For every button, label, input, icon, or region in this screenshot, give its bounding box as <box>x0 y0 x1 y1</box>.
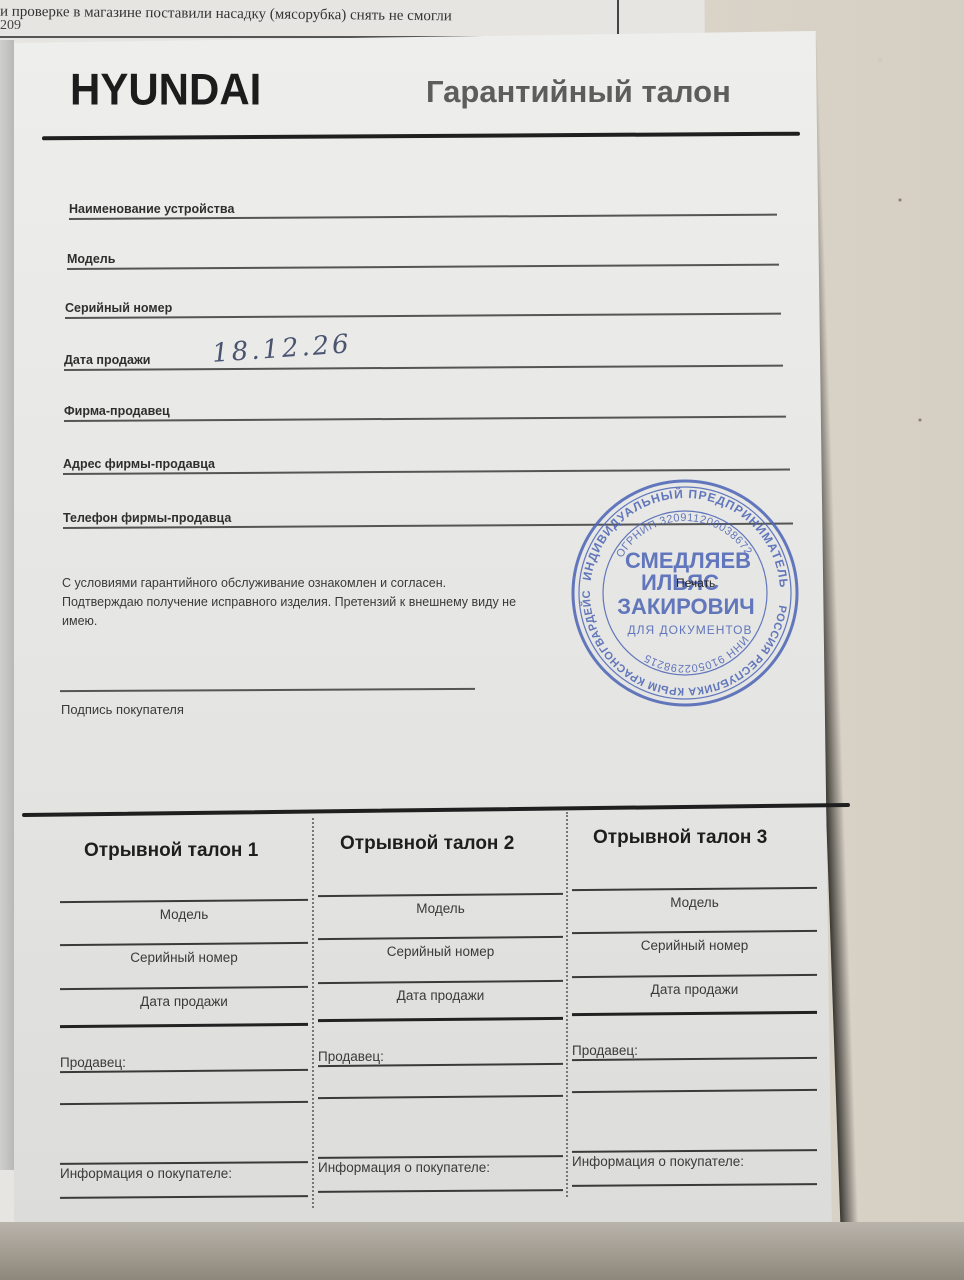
seller-stamp: ИНДИВИДУАЛЬНЫЙ ПРЕДПРИНИМАТЕЛЬ РОССИЯ РЕ… <box>570 478 800 708</box>
underlying-note: и проверке в магазине поставили насадку … <box>0 0 619 38</box>
stub-title: Отрывной талон 2 <box>340 833 514 855</box>
field-label: Телефон фирмы-продавца <box>63 511 231 525</box>
page-title: Гарантийный талон <box>426 74 731 110</box>
perforation-line-2[interactable] <box>566 812 568 1197</box>
stub-serial-label: Серийный номер <box>318 944 563 959</box>
svg-text:ИНН 910502298215: ИНН 910502298215 <box>642 633 750 674</box>
field-label: Наименование устройства <box>69 202 234 216</box>
stub-date-label: Дата продажи <box>572 982 817 997</box>
perforation-line-1[interactable] <box>312 818 314 1208</box>
stub-date-label: Дата продажи <box>60 994 308 1009</box>
brand-logo: HYUNDAI <box>70 65 261 115</box>
field-label: Дата продажи <box>64 353 151 367</box>
svg-text:ЗАКИРОВИЧ: ЗАКИРОВИЧ <box>617 594 755 619</box>
stub-serial-label: Серийный номер <box>572 938 817 953</box>
consent-text: С условиями гарантийного обслуживание оз… <box>62 574 522 631</box>
field-label: Адрес фирмы-продавца <box>63 457 215 471</box>
signature-label: Подпись покупателя <box>61 702 184 717</box>
stub-title: Отрывной талон 3 <box>593 827 767 849</box>
stub-title: Отрывной талон 1 <box>84 840 258 862</box>
stub-model-label: Модель <box>318 901 563 916</box>
stub-model-label: Модель <box>572 895 817 910</box>
stub-serial-label: Серийный номер <box>60 950 308 965</box>
field-label: Фирма-продавец <box>64 404 170 418</box>
stub-date-label: Дата продажи <box>318 988 563 1003</box>
field-label: Серийный номер <box>65 301 172 315</box>
stub-model-label: Модель <box>60 907 308 922</box>
stub-buyer-label: Информация о покупателе: <box>318 1160 490 1175</box>
svg-text:ДЛЯ ДОКУМЕНТОВ: ДЛЯ ДОКУМЕНТОВ <box>627 623 752 637</box>
stamp-placeholder-label: Печать <box>676 576 715 590</box>
stub-seller-label: Продавец: <box>572 1043 638 1058</box>
field-label: Модель <box>67 252 115 266</box>
stub-buyer-label: Информация о покупателе: <box>60 1166 232 1181</box>
underlying-note-text: и проверке в магазине поставили насадку … <box>0 4 452 26</box>
stub-seller-label: Продавец: <box>318 1049 384 1064</box>
underlying-note-number: 209 <box>0 18 21 34</box>
stamp-seal-icon: ИНДИВИДУАЛЬНЫЙ ПРЕДПРИНИМАТЕЛЬ РОССИЯ РЕ… <box>570 478 800 708</box>
stub-buyer-label: Информация о покупателе: <box>572 1154 744 1169</box>
bottom-shadow <box>0 1222 964 1280</box>
stub-seller-label: Продавец: <box>60 1055 126 1070</box>
underlying-page-edge <box>0 40 14 1170</box>
